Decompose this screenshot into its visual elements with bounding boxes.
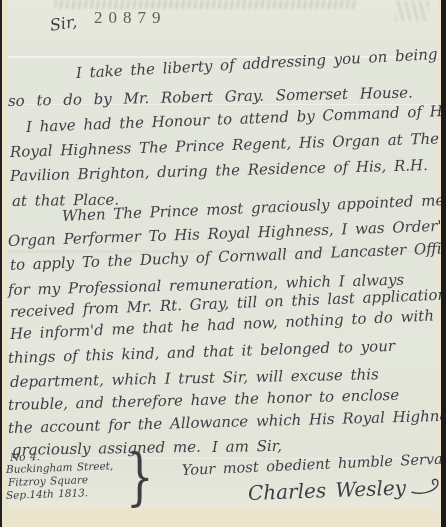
closing-i-am-sir: I am Sir, [212,437,282,456]
scan-edge-right [441,0,446,527]
scan-edge-left [0,0,2,527]
address-brace: } [126,446,154,508]
scanned-letter-page: 20879 Sir, I take the liberty of address… [0,0,446,527]
archive-stamp-number: 20879 [94,8,167,28]
signature-name: Charles Wesley [248,475,407,505]
letter-line: graciously assigned me. [12,438,201,459]
ink-bleedthrough [395,1,429,21]
